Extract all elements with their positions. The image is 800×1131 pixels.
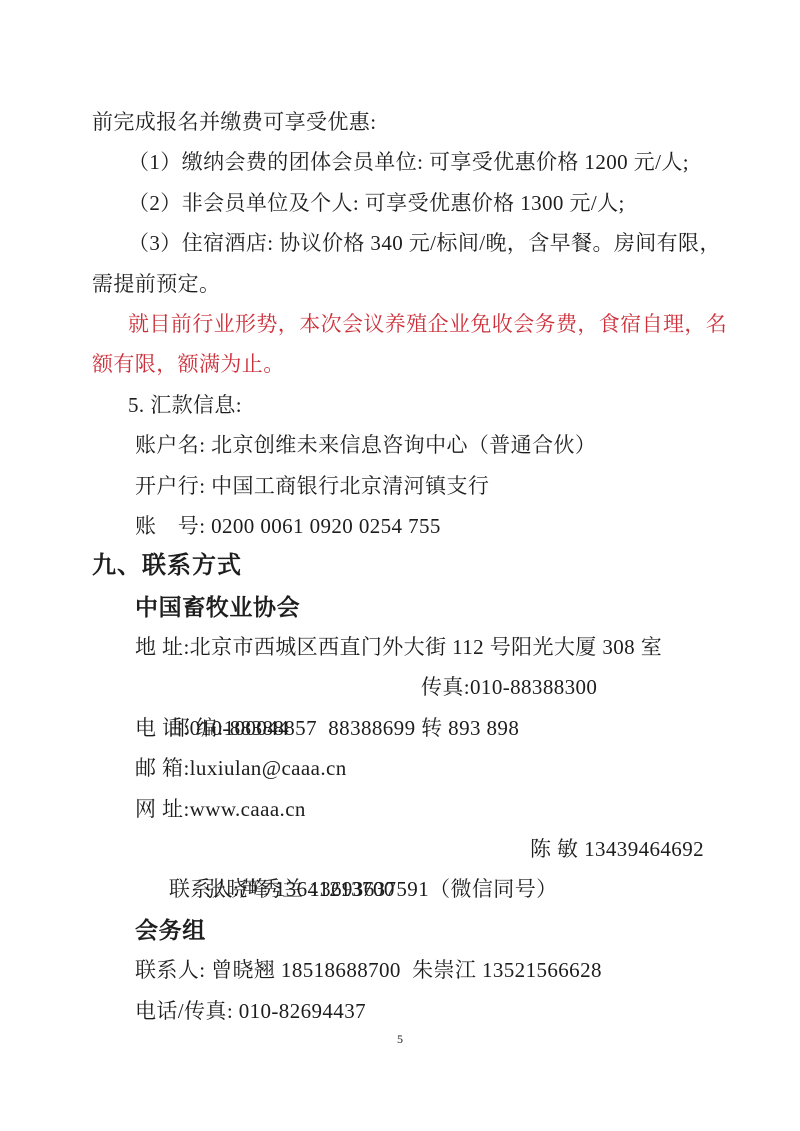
caaa-email: 邮 箱:luxiulan@caaa.cn bbox=[92, 748, 720, 788]
document-page: 前完成报名并缴费可享受优惠: （1）缴纳会费的团体会员单位: 可享受优惠价格 1… bbox=[0, 0, 800, 1131]
committee-phone-fax: 电话/传真: 010-82694437 bbox=[92, 991, 720, 1031]
remittance-account-number: 账 号: 0200 0061 0920 0254 755 bbox=[92, 506, 720, 546]
caaa-zip: 邮 编:100044 bbox=[169, 716, 289, 740]
committee-contacts: 联系人: 曾晓翘 18518688700 朱崇江 13521566628 bbox=[92, 950, 720, 990]
caaa-name: 中国畜牧业协会 bbox=[92, 587, 720, 627]
caaa-address: 地 址:北京市西城区西直门外大街 112 号阳光大厦 308 室 bbox=[92, 627, 720, 667]
caaa-fax: 传真:010-88388300 bbox=[421, 667, 597, 707]
remittance-heading: 5. 汇款信息: bbox=[92, 385, 720, 425]
page-footer: 5 bbox=[0, 1032, 800, 1047]
notice-line-1: 就目前行业形势，本次会议养殖企业免收会务费，食宿自理，名 bbox=[92, 304, 720, 344]
committee-name: 会务组 bbox=[92, 910, 720, 950]
fee-item-3: （3）住宿酒店: 协议价格 340 元/标间/晚，含早餐。房间有限， bbox=[92, 223, 720, 263]
caaa-contacts-line: 联系人:芦秀兰 13693637591（微信同号） 陈 敏 1343946469… bbox=[92, 829, 720, 869]
page-number: 5 bbox=[397, 1032, 403, 1046]
caaa-zip-fax-line: 邮 编:100044 传真:010-88388300 bbox=[92, 667, 720, 707]
fee-item-2: （2）非会员单位及个人: 可享受优惠价格 1300 元/人; bbox=[92, 183, 720, 223]
caaa-website: 网 址:www.caaa.cn bbox=[92, 789, 720, 829]
fee-intro: 前完成报名并缴费可享受优惠: bbox=[92, 102, 720, 142]
contact-section-heading: 九、联系方式 bbox=[92, 546, 720, 586]
remittance-account-name: 账户名: 北京创维未来信息咨询中心（普通合伙） bbox=[92, 425, 720, 465]
fee-item-3-continued: 需提前预定。 bbox=[92, 264, 720, 304]
page-content: 前完成报名并缴费可享受优惠: （1）缴纳会费的团体会员单位: 可享受优惠价格 1… bbox=[92, 0, 720, 1031]
fee-item-1: （1）缴纳会费的团体会员单位: 可享受优惠价格 1200 元/人; bbox=[92, 142, 720, 182]
caaa-contact-1: 联系人:芦秀兰 13693637591（微信同号） bbox=[169, 877, 558, 901]
caaa-contact-2: 陈 敏 13439464692 bbox=[530, 829, 704, 869]
notice-line-2: 额有限，额满为止。 bbox=[92, 344, 720, 384]
remittance-bank: 开户行: 中国工商银行北京清河镇支行 bbox=[92, 466, 720, 506]
